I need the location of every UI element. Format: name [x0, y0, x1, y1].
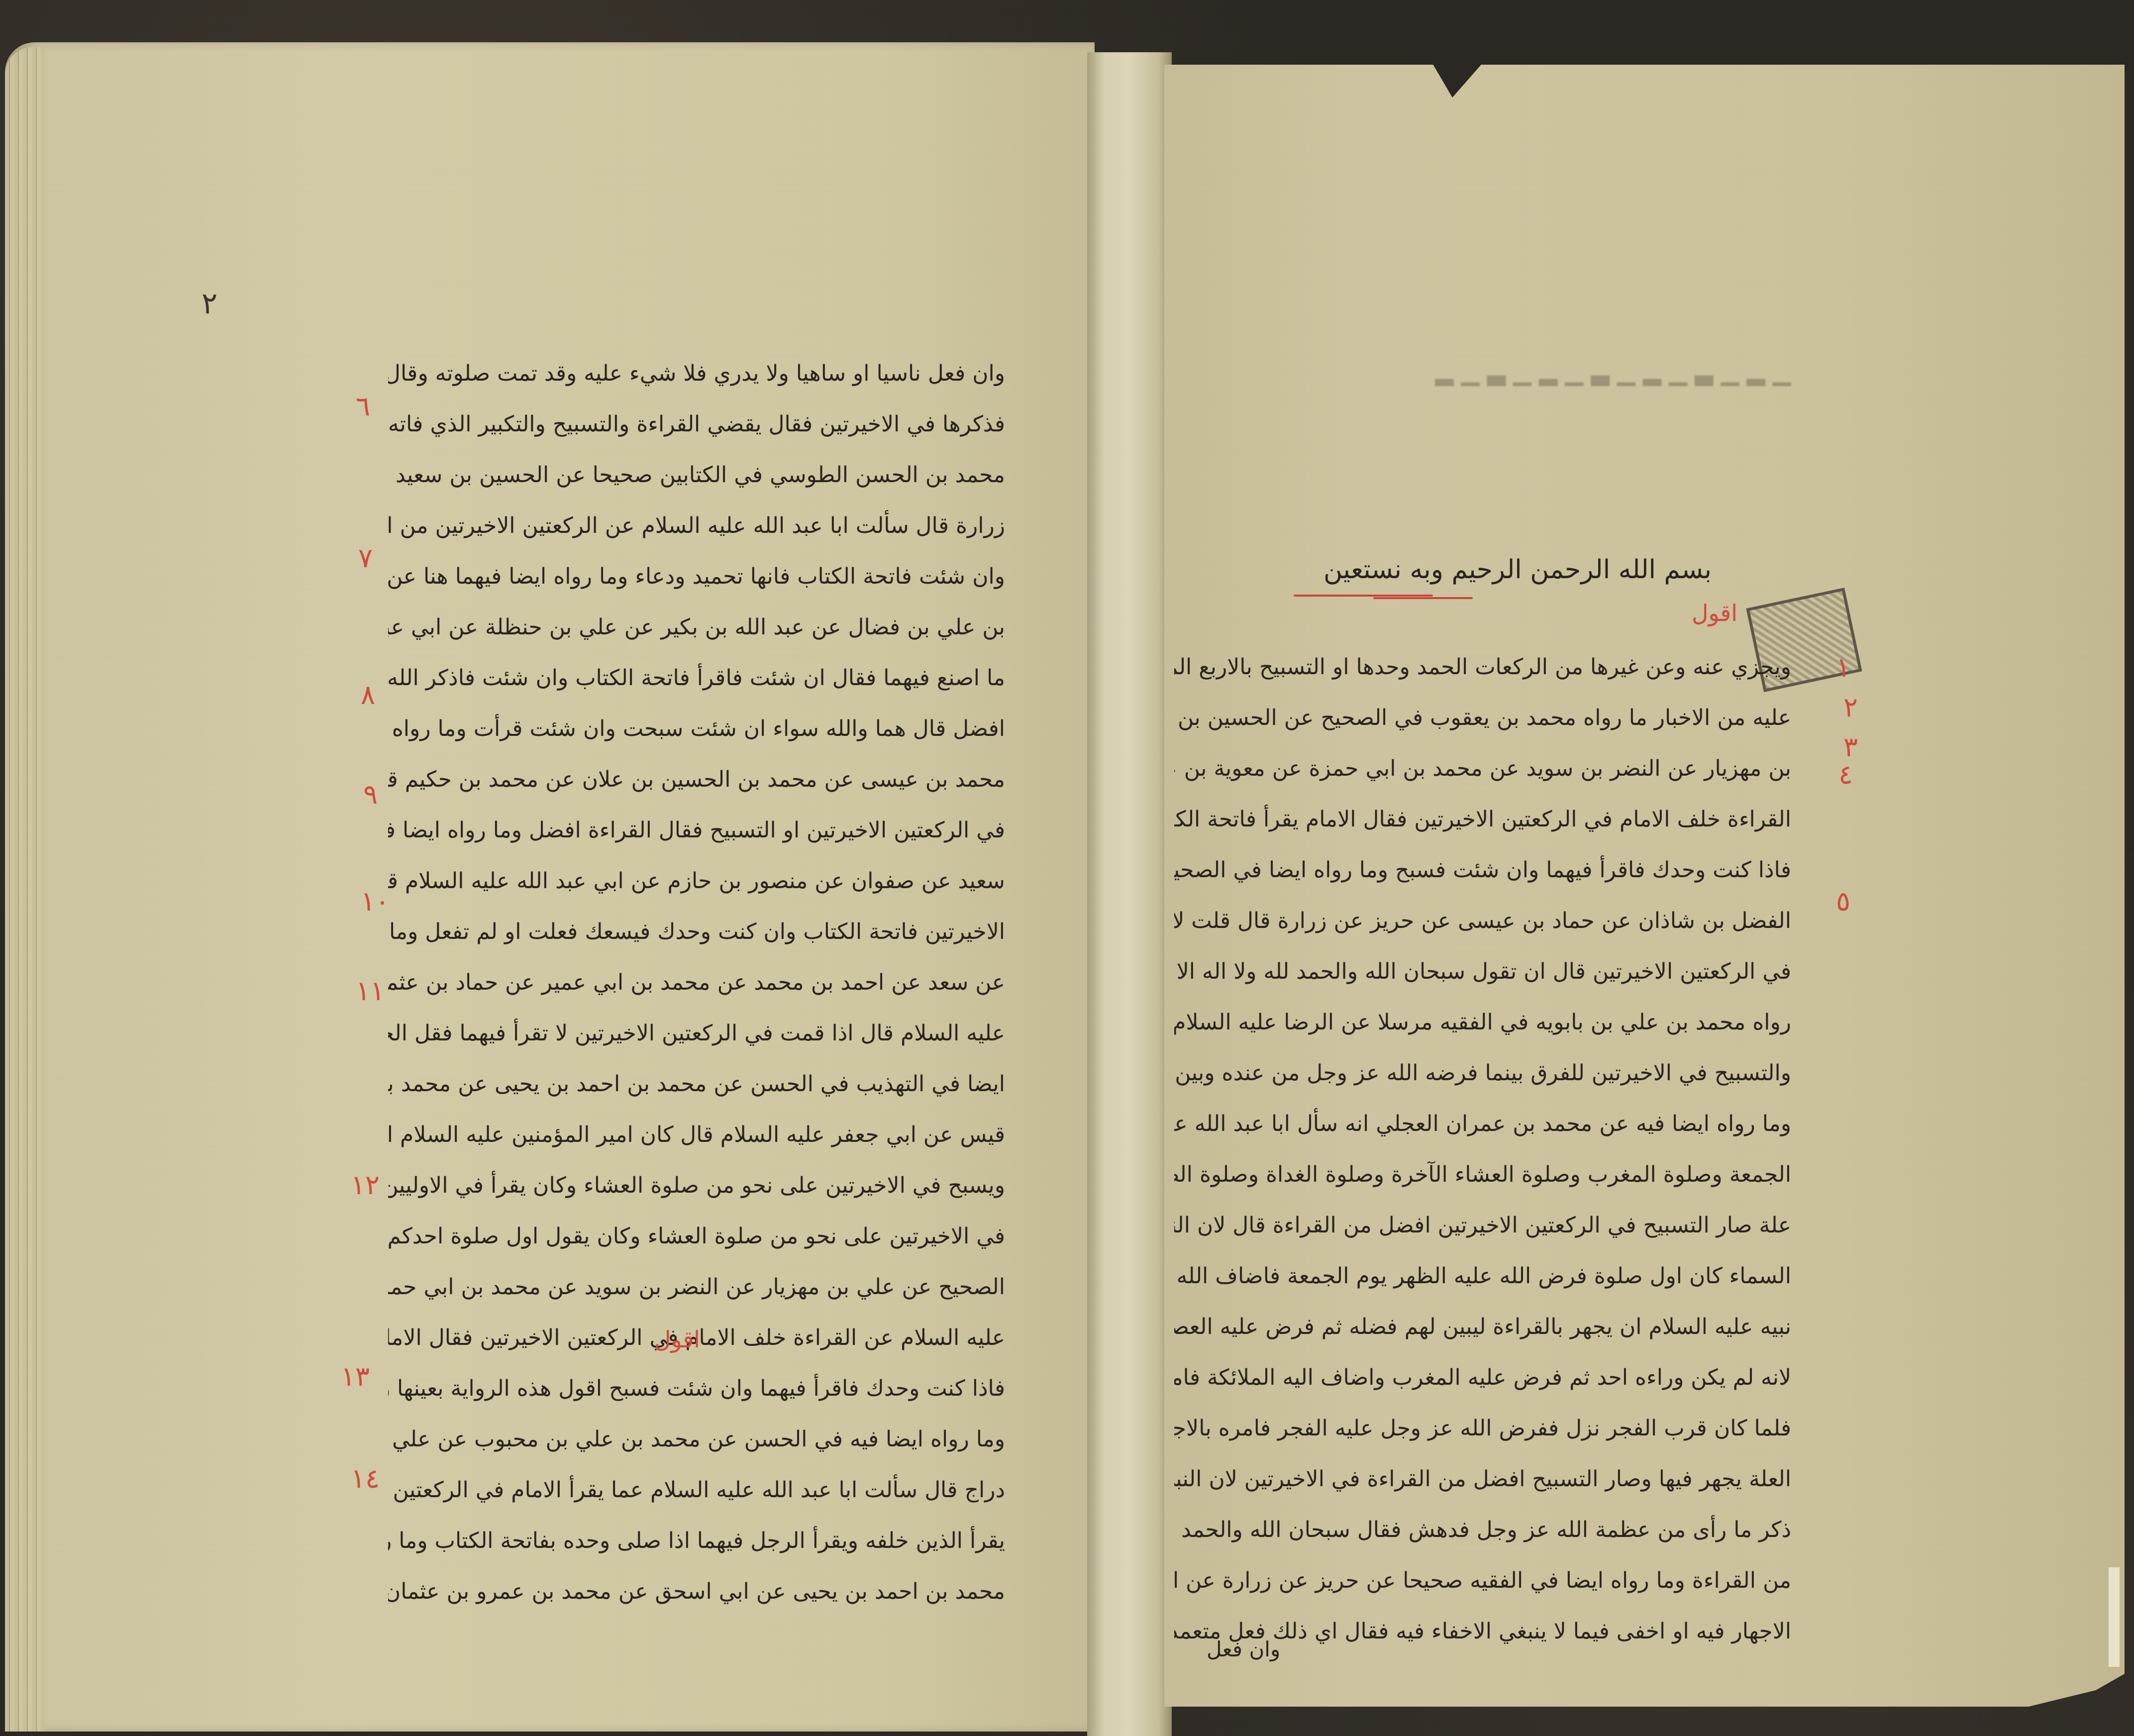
margin-number: ١٢: [351, 1169, 380, 1201]
text-line: ويسبح في الاخيرتين على نحو من صلوة العشا…: [388, 1160, 1005, 1211]
page-stack-edge: [5, 47, 45, 1732]
text-line: الاخيرتين فاتحة الكتاب وان كنت وحدك فيسع…: [388, 907, 1005, 957]
text-line: فاذا كنت وحدك فاقرأ فيهما وان شئت فسبح و…: [1174, 845, 1791, 896]
margin-number: ٥: [1836, 886, 1850, 917]
text-line: وما رواه ايضا فيه عن محمد بن عمران العجل…: [1174, 1099, 1791, 1149]
text-line: بن علي بن فضال عن عبد الله بن بكير عن عل…: [388, 602, 1005, 653]
rubric-overline: [1373, 597, 1473, 599]
faded-header-line: ▁ ▂ ▁ ▃ ▁ ▂ ▁ ▃ ▁ ▂ ▁ ▃ ▁ ▂: [1194, 358, 1791, 393]
margin-number: ٦: [356, 391, 370, 422]
text-line: في الاخيرتين على نحو من صلوة العشاء وكان…: [388, 1211, 1005, 1262]
text-line: فلما كان قرب الفجر نزل ففرض الله عز وجل …: [1174, 1403, 1791, 1454]
text-line: دراج قال سألت ابا عبد الله عليه السلام ع…: [388, 1465, 1005, 1516]
text-line: محمد بن احمد بن يحيى عن ابي اسحق عن محمد…: [388, 1566, 1005, 1617]
text-line: في الركعتين الاخيرتين او التسبيح فقال ال…: [388, 805, 1005, 856]
basmala-heading: بسم الله الرحمن الرحيم وبه نستعين: [1294, 555, 1741, 585]
text-line: محمد بن عيسى عن محمد بن الحسين بن علان ع…: [388, 754, 1005, 805]
binding-gutter: [1087, 52, 1172, 1736]
catchword: وان فعل: [1207, 1637, 1280, 1661]
text-line: الفضل بن شاذان عن حماد بن عيسى عن حريز ع…: [1174, 896, 1791, 946]
text-line: رواه محمد بن علي بن بابويه في الفقيه مرس…: [1174, 997, 1791, 1048]
text-line: عليه من الاخبار ما رواه محمد بن يعقوب في…: [1174, 693, 1791, 743]
margin-number: ١٤: [351, 1463, 380, 1494]
text-line: الصحيح عن علي بن مهزيار عن النضر بن سويد…: [388, 1262, 1005, 1313]
margin-number: ١١: [356, 975, 385, 1007]
margin-number: ٣: [1843, 731, 1858, 763]
text-line: عليه السلام قال اذا قمت في الركعتين الاخ…: [388, 1008, 1005, 1059]
text-line: فذكرها في الاخيرتين فقال يقضي القراءة وا…: [388, 399, 1005, 450]
text-line: علة صار التسبيح في الركعتين الاخيرتين اف…: [1174, 1200, 1791, 1251]
text-line: وان فعل ناسيا او ساهيا ولا يدري فلا شيء …: [388, 348, 1005, 399]
text-line: وان شئت فاتحة الكتاب فانها تحميد ودعاء و…: [388, 551, 1005, 602]
text-line: سعيد عن صفوان عن منصور بن حازم عن ابي عب…: [388, 856, 1005, 907]
text-line: العلة يجهر فيها وصار التسبيح افضل من الق…: [1174, 1454, 1791, 1505]
margin-number: ١٣: [341, 1361, 370, 1392]
left-page-text: وان فعل ناسيا او ساهيا ولا يدري فلا شيء …: [388, 348, 1005, 1617]
margin-number: ١: [1836, 652, 1850, 683]
right-page-text: ويجزي عنه وعن غيرها من الركعات الحمد وحد…: [1174, 642, 1791, 1657]
text-line: فاذا كنت وحدك فاقرأ فيهما وان شئت فسبح ا…: [388, 1363, 1005, 1414]
margin-number: ٩: [363, 779, 378, 810]
text-line: من القراءة وما رواه ايضا في الفقيه صحيحا…: [1174, 1555, 1791, 1606]
margin-number: ٨: [361, 679, 375, 711]
torn-paper-edge: [2109, 1567, 2120, 1667]
folio-number: ٢: [202, 286, 217, 321]
text-line: يقرأ الذين خلفه ويقرأ الرجل فيهما اذا صل…: [388, 1516, 1005, 1566]
margin-number: ٧: [358, 542, 373, 574]
text-line: عن سعد عن احمد بن محمد عن محمد بن ابي عم…: [388, 957, 1005, 1008]
text-line: افضل قال هما والله سواء ان شئت سبحت وان …: [388, 704, 1005, 754]
text-line: محمد بن الحسن الطوسي في الكتابين صحيحا ع…: [388, 450, 1005, 501]
margin-number: ٢: [1843, 692, 1858, 723]
text-line: نبيه عليه السلام ان يجهر بالقراءة ليبين …: [1174, 1302, 1791, 1352]
rubric-overline: [1294, 595, 1433, 597]
text-line: ايضا في التهذيب في الحسن عن محمد بن احمد…: [388, 1059, 1005, 1110]
text-line: والتسبيح في الاخيرتين للفرق بينما فرضه ا…: [1174, 1048, 1791, 1099]
text-line: القراءة خلف الامام في الركعتين الاخيرتين…: [1174, 794, 1791, 845]
text-line: قيس عن ابي جعفر عليه السلام قال كان امير…: [388, 1110, 1005, 1160]
margin-number: ٤: [1838, 759, 1853, 790]
rubric-word: اقول: [654, 1326, 700, 1353]
text-line: في الركعتين الاخيرتين قال ان تقول سبحان …: [1174, 946, 1791, 997]
text-line: ما اصنع فيهما فقال ان شئت فاقرأ فاتحة ال…: [388, 653, 1005, 704]
text-line: زرارة قال سألت ابا عبد الله عليه السلام …: [388, 501, 1005, 551]
text-line: الجمعة وصلوة المغرب وصلوة العشاء الآخرة …: [1174, 1149, 1791, 1200]
text-line: وما رواه ايضا فيه في الحسن عن محمد بن عل…: [388, 1414, 1005, 1465]
text-line: ذكر ما رأى من عظمة الله عز وجل فدهش فقال…: [1174, 1505, 1791, 1555]
margin-number: ١٠: [361, 886, 390, 917]
text-line: ويجزي عنه وعن غيرها من الركعات الحمد وحد…: [1174, 642, 1791, 693]
rubric-word: اقول: [1692, 600, 1737, 626]
text-line: بن مهزيار عن النضر بن سويد عن محمد بن اب…: [1174, 743, 1791, 794]
text-line: السماء كان اول صلوة فرض الله عليه الظهر …: [1174, 1251, 1791, 1302]
text-line: لانه لم يكن وراءه احد ثم فرض عليه المغرب…: [1174, 1352, 1791, 1403]
